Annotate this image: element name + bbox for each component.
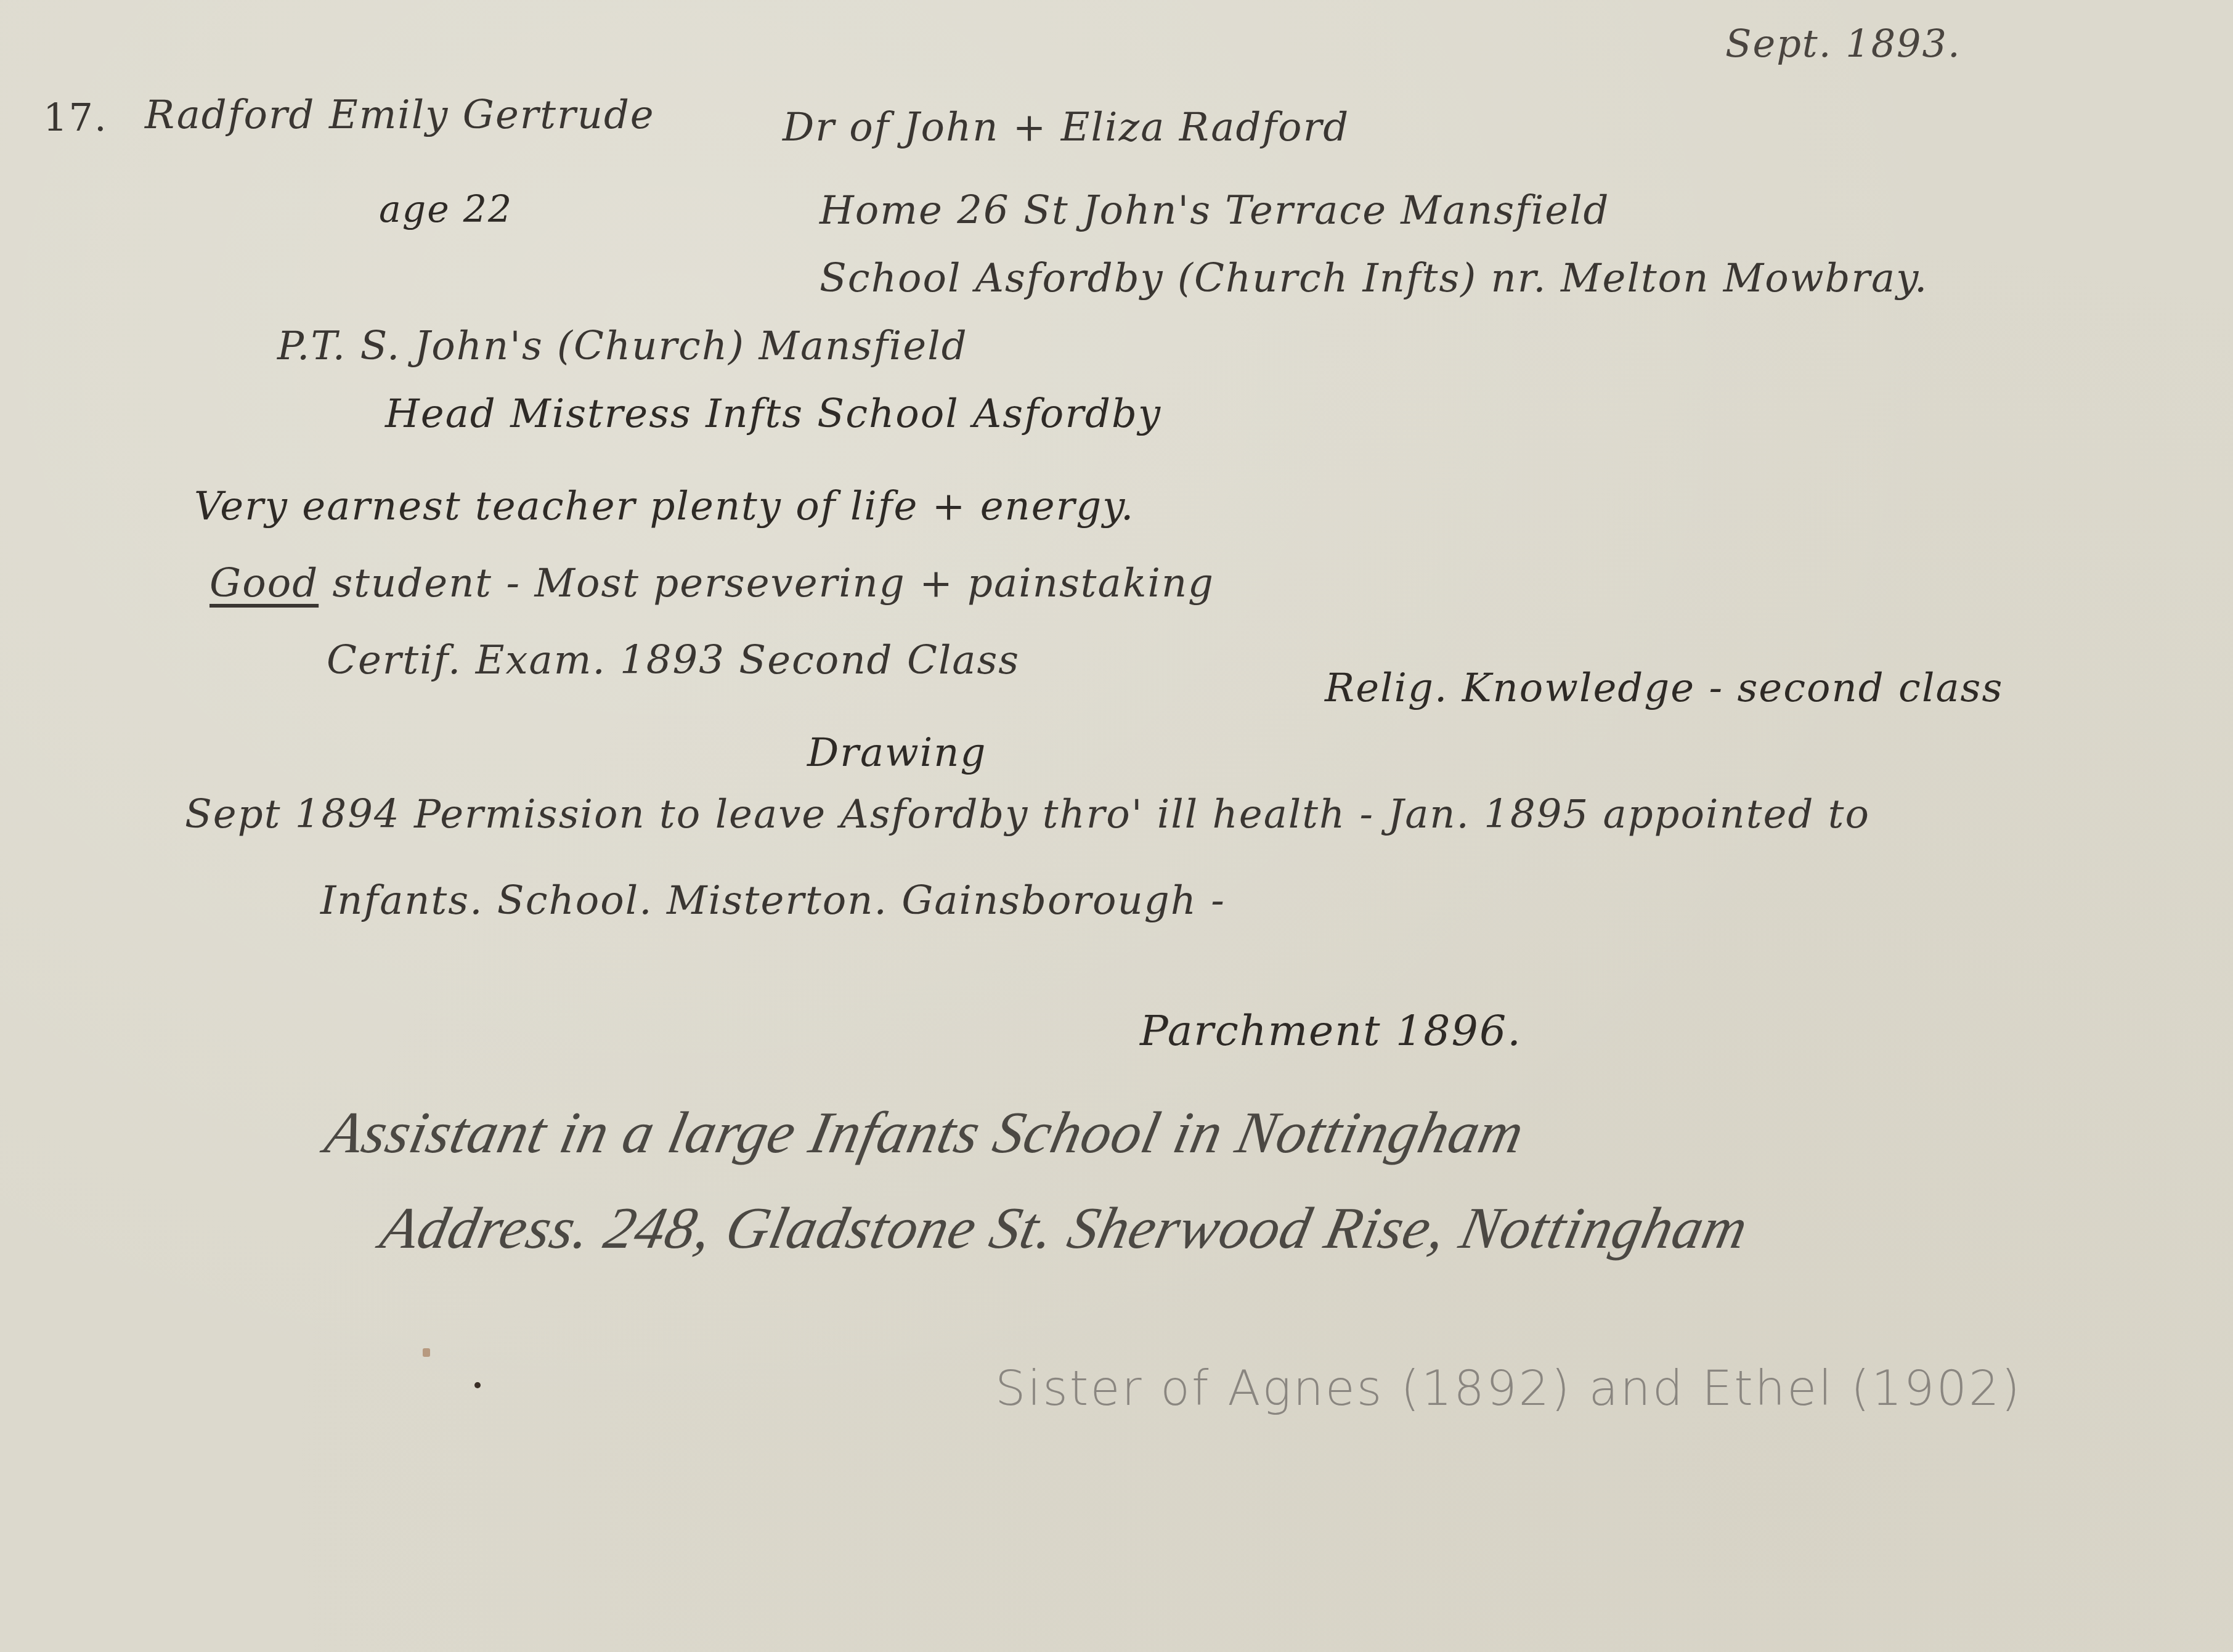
infants-school-misterton: Infants. School. Misterton. Gainsborough… [320,881,1226,921]
school: School Asfordby (Church Infts) nr. Melto… [820,259,1928,298]
paper-speck [423,1348,430,1357]
register-page: Sept. 1893. 17. Radford Emily Gertrude D… [0,0,2233,1652]
remark-line-2-rest: student - Most persevering + painstaking [319,561,1214,606]
later-note-assistant: Assistant in a large Infants School in N… [320,1103,1529,1162]
pupil-teacher: P.T. S. John's (Church) Mansfield [277,327,968,366]
parents: Dr of John + Eliza Radford [783,108,1349,147]
later-note-address: Address. 248, Gladstone St. Sherwood Ris… [376,1198,1753,1258]
date-header: Sept. 1893. [1725,25,1961,63]
pencil-sister-note: Sister of Agnes (1892) and Ethel (1902) [995,1365,2022,1413]
remark-line-1: Very earnest teacher plenty of life + en… [194,487,1134,526]
head-mistress: Head Mistress Infts School Asfordby [385,394,1161,434]
entry-number: 17. [43,99,108,137]
sept-1894-note: Sept 1894 Permission to leave Asfordby t… [185,795,1870,834]
remark-line-2: Good student - Most persevering + painst… [209,564,1214,603]
certificate-exam: Certif. Exam. 1893 Second Class [327,641,1020,680]
parchment: Parchment 1896. [1140,1011,1522,1052]
student-name: Radford Emily Gertrude [145,96,655,135]
religious-knowledge: Relig. Knowledge - second class [1325,669,2003,708]
age: age 22 [379,191,513,228]
ink-dot [474,1382,481,1388]
good-underlined: Good [209,561,319,606]
drawing: Drawing [807,733,987,773]
home-address: Home 26 St John's Terrace Mansfield [820,191,1610,230]
